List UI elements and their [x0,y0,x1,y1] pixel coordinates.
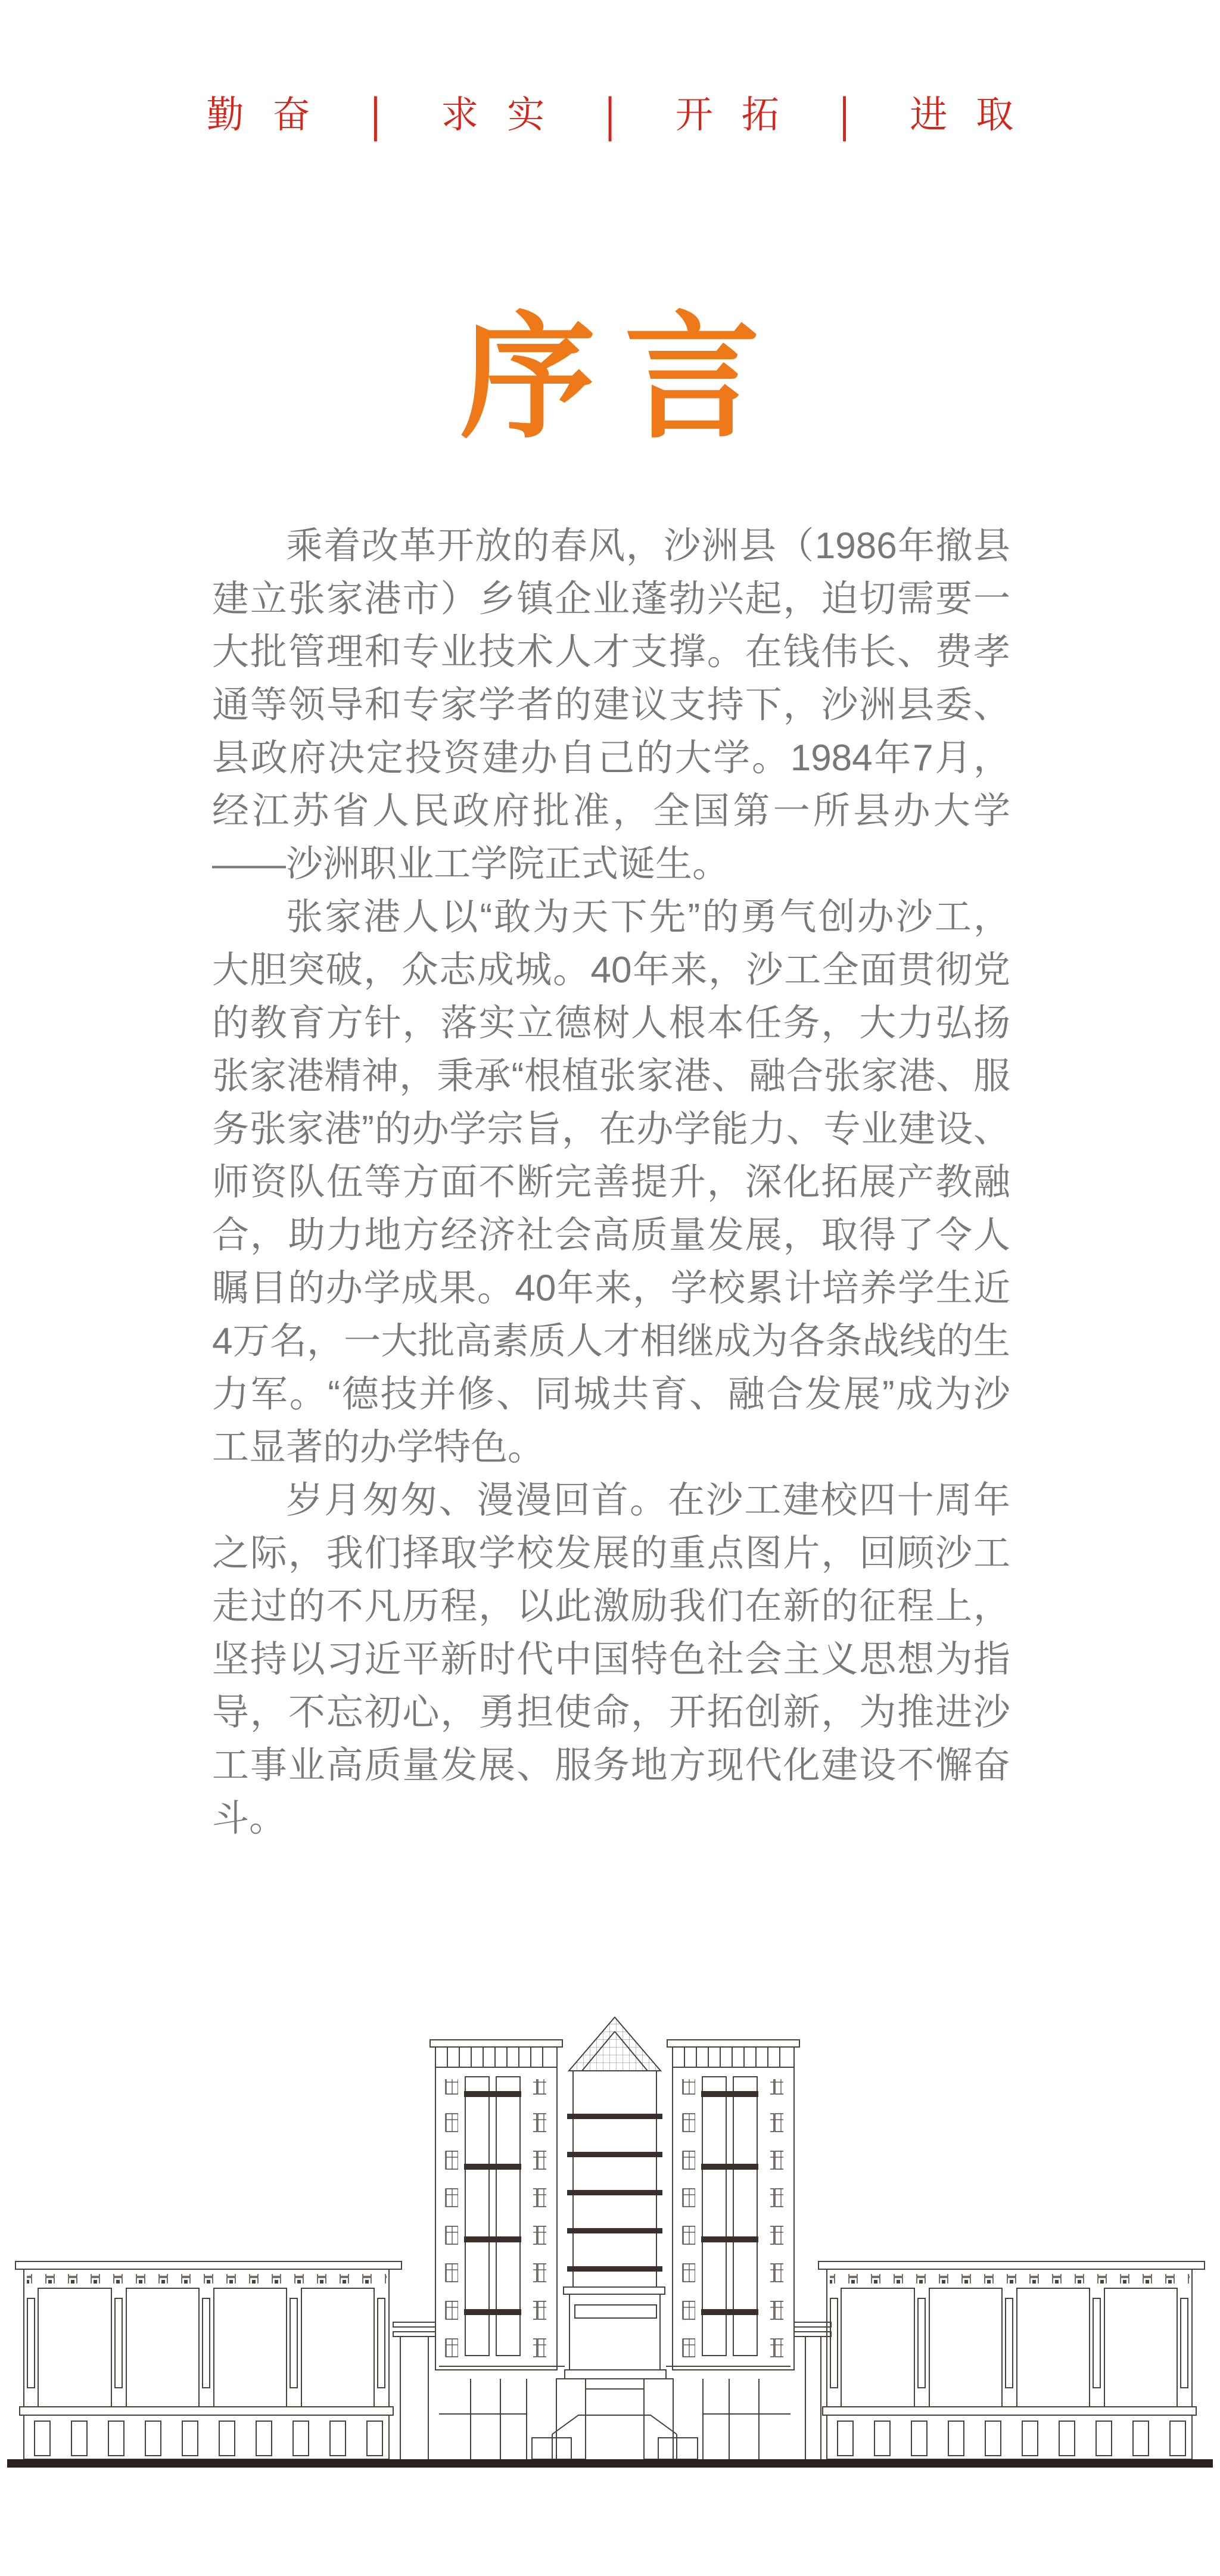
ground-line [7,2459,1213,2468]
motto-divider: | [840,79,849,151]
paragraph-outlook: 岁月匆匆、漫漫回首。在沙工建校四十周年之际，我们择取学校发展的重点图片，回顾沙工… [212,1474,1010,1845]
preface-text: 乘着改革开放的春风，沙洲县（1986年撤县建立张家港市）乡镇企业蓬勃兴起，迫切需… [212,519,1010,1845]
motto-word-jinqu: 进取 [910,88,1042,142]
campus-building-illustration [0,2001,1220,2477]
paragraph-achievement: 张家港人以“敢为天下先”的勇气创办沙工，大胆突破，众志成城。40年来，沙工全面贯… [212,891,1010,1474]
paragraph-founding: 乘着改革开放的春风，沙洲县（1986年撤县建立张家港市）乡镇企业蓬勃兴起，迫切需… [212,519,1010,891]
motto-word-kaituo: 开拓 [676,88,808,142]
preface-page: 勤奋 | 求实 | 开拓 | 进取 序言 乘着改革开放的春风，沙洲县（1986年… [0,0,1220,2576]
school-motto: 勤奋 | 求实 | 开拓 | 进取 [0,88,1220,142]
motto-divider: | [605,79,615,151]
page-title: 序言 [0,280,1220,477]
motto-word-qiushi: 求实 [441,88,573,142]
motto-word-qinfen: 勤奋 [207,88,339,142]
motto-divider: | [371,79,381,151]
